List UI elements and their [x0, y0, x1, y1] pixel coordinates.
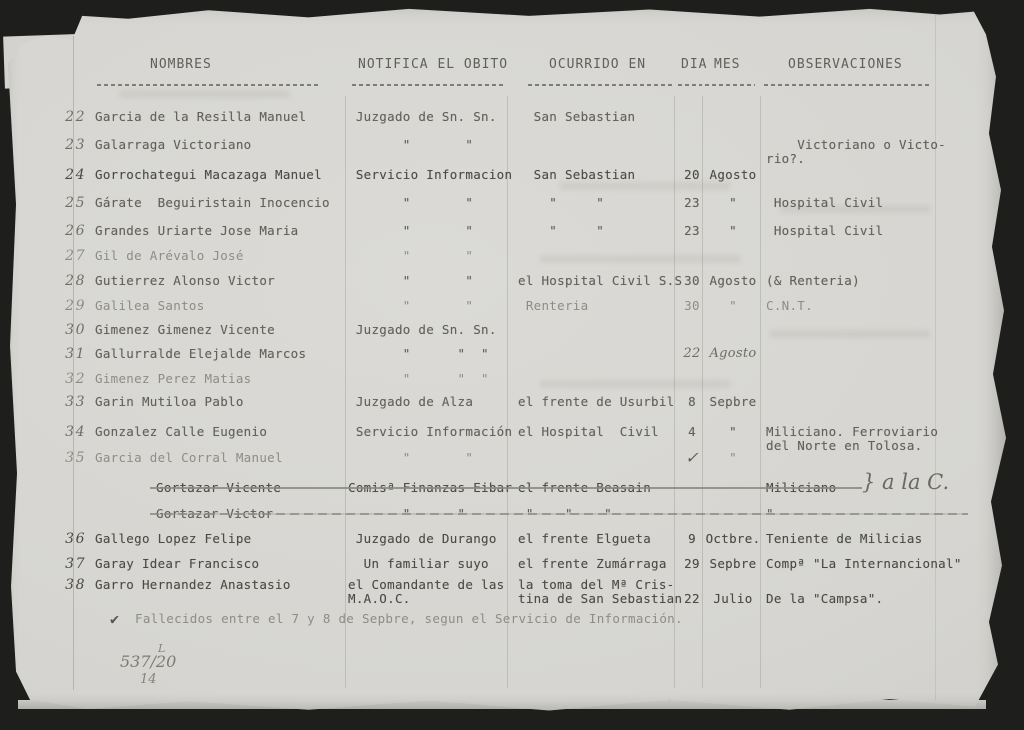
cell-observaciones: Compª "La Internancional" — [766, 557, 962, 571]
strikethrough-line — [150, 513, 968, 515]
cell-ocurrido: Renteria — [518, 299, 588, 313]
cell-dia: 30 — [679, 299, 705, 313]
cell-nombres: Gutierrez Alonso Victor — [95, 274, 275, 288]
cell-mes: " — [704, 451, 762, 465]
header-nombres: NOMBRES — [150, 57, 212, 72]
cell-ocurrido: San Sebastian — [518, 168, 635, 182]
row-number: 35 — [50, 451, 86, 465]
cell-observaciones: Miliciano. Ferroviario del Norte en Tolo… — [766, 425, 938, 453]
cell-notifica: Servicio Informacion — [348, 168, 512, 182]
cell-nombres: Gallego Lopez Felipe — [95, 532, 252, 546]
cell-mes: Octbre. — [704, 532, 762, 546]
row-number: 23 — [50, 138, 86, 152]
cell-dia: 23 — [679, 224, 705, 238]
row-number: 28 — [50, 274, 86, 288]
column-rule — [507, 96, 508, 688]
cell-nombres: Gorrochategui Macazaga Manuel — [95, 168, 322, 182]
cell-ocurrido: la toma del Mª Cris- tina de San Sebasti… — [518, 578, 682, 606]
bleed-through-smudge — [540, 255, 740, 263]
cell-dia: 23 — [679, 196, 705, 210]
cell-dia: 30 — [679, 274, 705, 288]
cell-notifica: " " — [348, 299, 473, 313]
cell-notifica: Juzgado de Durango — [348, 532, 497, 546]
cell-notifica: Un familiar suyo — [348, 557, 489, 571]
cell-dia: 9 — [679, 532, 705, 546]
cell-ocurrido: el Hospital Civil — [518, 425, 659, 439]
cell-observaciones: C.N.T. — [766, 299, 813, 313]
cell-ocurrido: el frente de Usurbil — [518, 395, 675, 409]
header-underline — [678, 84, 702, 86]
cell-nombres: Gárate Beguiristain Inocencio — [95, 196, 330, 210]
cell-ocurrido: " " — [518, 196, 604, 210]
row-number: 24 — [50, 168, 86, 182]
cell-nombres: Galarraga Victoriano — [95, 138, 252, 152]
row-number: 30 — [50, 323, 86, 337]
cell-nombres: Gimenez Gimenez Vicente — [95, 323, 275, 337]
row-number: 32 — [50, 372, 86, 386]
cell-notifica: Juzgado de Sn. Sn. — [348, 323, 497, 337]
cell-mes: " — [704, 196, 762, 210]
row-number: 31 — [50, 347, 86, 361]
cell-dia: 20 — [679, 168, 705, 182]
cell-observaciones: (& Renteria) — [766, 274, 860, 288]
row-number: 33 — [50, 395, 86, 409]
header-underline — [705, 84, 755, 86]
cell-nombres: Grandes Uriarte Jose Maria — [95, 224, 298, 238]
cell-notifica: el Comandante de las M.A.O.C. — [348, 578, 505, 606]
handwritten-annotation: } a la C. — [862, 470, 949, 494]
cell-notifica: " " — [348, 224, 473, 238]
strikethrough-line — [150, 487, 862, 489]
cell-observaciones: Victoriano o Victo- rio?. — [766, 138, 946, 166]
cell-mes: Sepbre — [704, 395, 762, 409]
cell-mes: " — [704, 425, 762, 439]
cell-mes: Sepbre — [704, 557, 762, 571]
cell-notifica: " " — [348, 138, 473, 152]
row-number: 22 — [50, 110, 86, 124]
cell-nombres: Garay Idear Francisco — [95, 557, 259, 571]
row-number: 36 — [50, 532, 86, 546]
cell-mes: Agosto — [704, 274, 762, 288]
cell-notifica: Juzgado de Sn. Sn. — [348, 110, 497, 124]
cell-ocurrido: San Sebastian — [518, 110, 635, 124]
header-observaciones: OBSERVACIONES — [788, 57, 903, 72]
cell-observaciones: Teniente de Milicias — [766, 532, 923, 546]
cell-nombres: Gil de Arévalo José — [95, 249, 244, 263]
cell-dia: 22 — [679, 578, 705, 606]
cell-notifica: " " — [348, 249, 473, 263]
checkmark-icon: ✔ — [110, 612, 119, 626]
cell-nombres: Gimenez Perez Matias — [95, 372, 252, 386]
page-content: NOMBRES NOTIFICA EL OBITO OCURRIDO EN DI… — [0, 0, 1024, 730]
row-number: 25 — [50, 196, 86, 210]
cell-notifica: " " " — [348, 372, 489, 386]
header-underline — [528, 84, 674, 86]
cell-notifica: Juzgado de Alza — [348, 395, 473, 409]
cell-nombres: Garcia de la Resilla Manuel — [95, 110, 306, 124]
cell-ocurrido: el frente Zumárraga — [518, 557, 667, 571]
cell-nombres: Gonzalez Calle Eugenio — [95, 425, 267, 439]
bleed-through-smudge — [560, 182, 730, 190]
cell-mes: Julio — [704, 578, 762, 606]
cell-observaciones: De la "Campsa". — [766, 578, 883, 606]
cell-dia: 4 — [679, 425, 705, 439]
header-underline — [352, 84, 504, 86]
cell-dia: 8 — [679, 395, 705, 409]
cell-nombres: Garro Hernandez Anastasio — [95, 578, 291, 592]
cell-dia-checkmark: ✓ — [679, 451, 705, 465]
row-number: 34 — [50, 425, 86, 439]
right-margin-rule — [935, 12, 936, 700]
cell-mes-handwritten: Agosto — [704, 347, 762, 361]
cell-mes: " — [704, 299, 762, 313]
bleed-through-smudge — [770, 330, 930, 338]
row-number: 37 — [50, 557, 86, 571]
bleed-through-smudge — [540, 380, 730, 388]
cell-nombres: Garcia del Corral Manuel — [95, 451, 283, 465]
header-ocurrido: OCURRIDO EN — [549, 57, 646, 72]
cell-ocurrido: el frente Elgueta — [518, 532, 651, 546]
cell-nombres: Galilea Santos — [95, 299, 205, 313]
cell-dia-handwritten: 22 — [679, 347, 705, 361]
row-number: 27 — [50, 249, 86, 263]
cell-notifica: " " " — [348, 347, 489, 361]
header-underline — [764, 84, 932, 86]
cell-mes: " — [704, 224, 762, 238]
cell-mes: Agosto — [704, 168, 762, 182]
cell-notifica: " " — [348, 196, 473, 210]
header-notifica: NOTIFICA EL OBITO — [358, 57, 508, 72]
footer-note-text: Fallecidos entre el 7 y 8 de Sepbre, seg… — [135, 612, 683, 626]
row-number: 26 — [50, 224, 86, 238]
cell-observaciones: Hospital Civil — [766, 196, 883, 210]
cell-ocurrido: el Hospital Civil S.S — [518, 274, 682, 288]
cell-notifica: Servicio Información — [348, 425, 512, 439]
header-dia: DIA — [681, 57, 707, 72]
cell-dia: 29 — [679, 557, 705, 571]
cell-ocurrido: " " — [518, 224, 604, 238]
row-number: 29 — [50, 299, 86, 313]
cell-notifica: " " — [348, 274, 473, 288]
cell-nombres: Gallurralde Elejalde Marcos — [95, 347, 306, 361]
header-mes: MES — [714, 57, 740, 72]
cell-observaciones: Hospital Civil — [766, 224, 883, 238]
column-rule — [345, 96, 346, 688]
header-underline — [97, 84, 319, 86]
cell-notifica: " " — [348, 451, 473, 465]
cell-nombres: Garin Mutiloa Pablo — [95, 395, 244, 409]
pencil-note-line3: 14 — [140, 672, 157, 687]
pencil-note-line2: 537/20 — [120, 652, 176, 671]
bleed-through-smudge — [120, 90, 290, 98]
row-number: 38 — [50, 578, 86, 592]
